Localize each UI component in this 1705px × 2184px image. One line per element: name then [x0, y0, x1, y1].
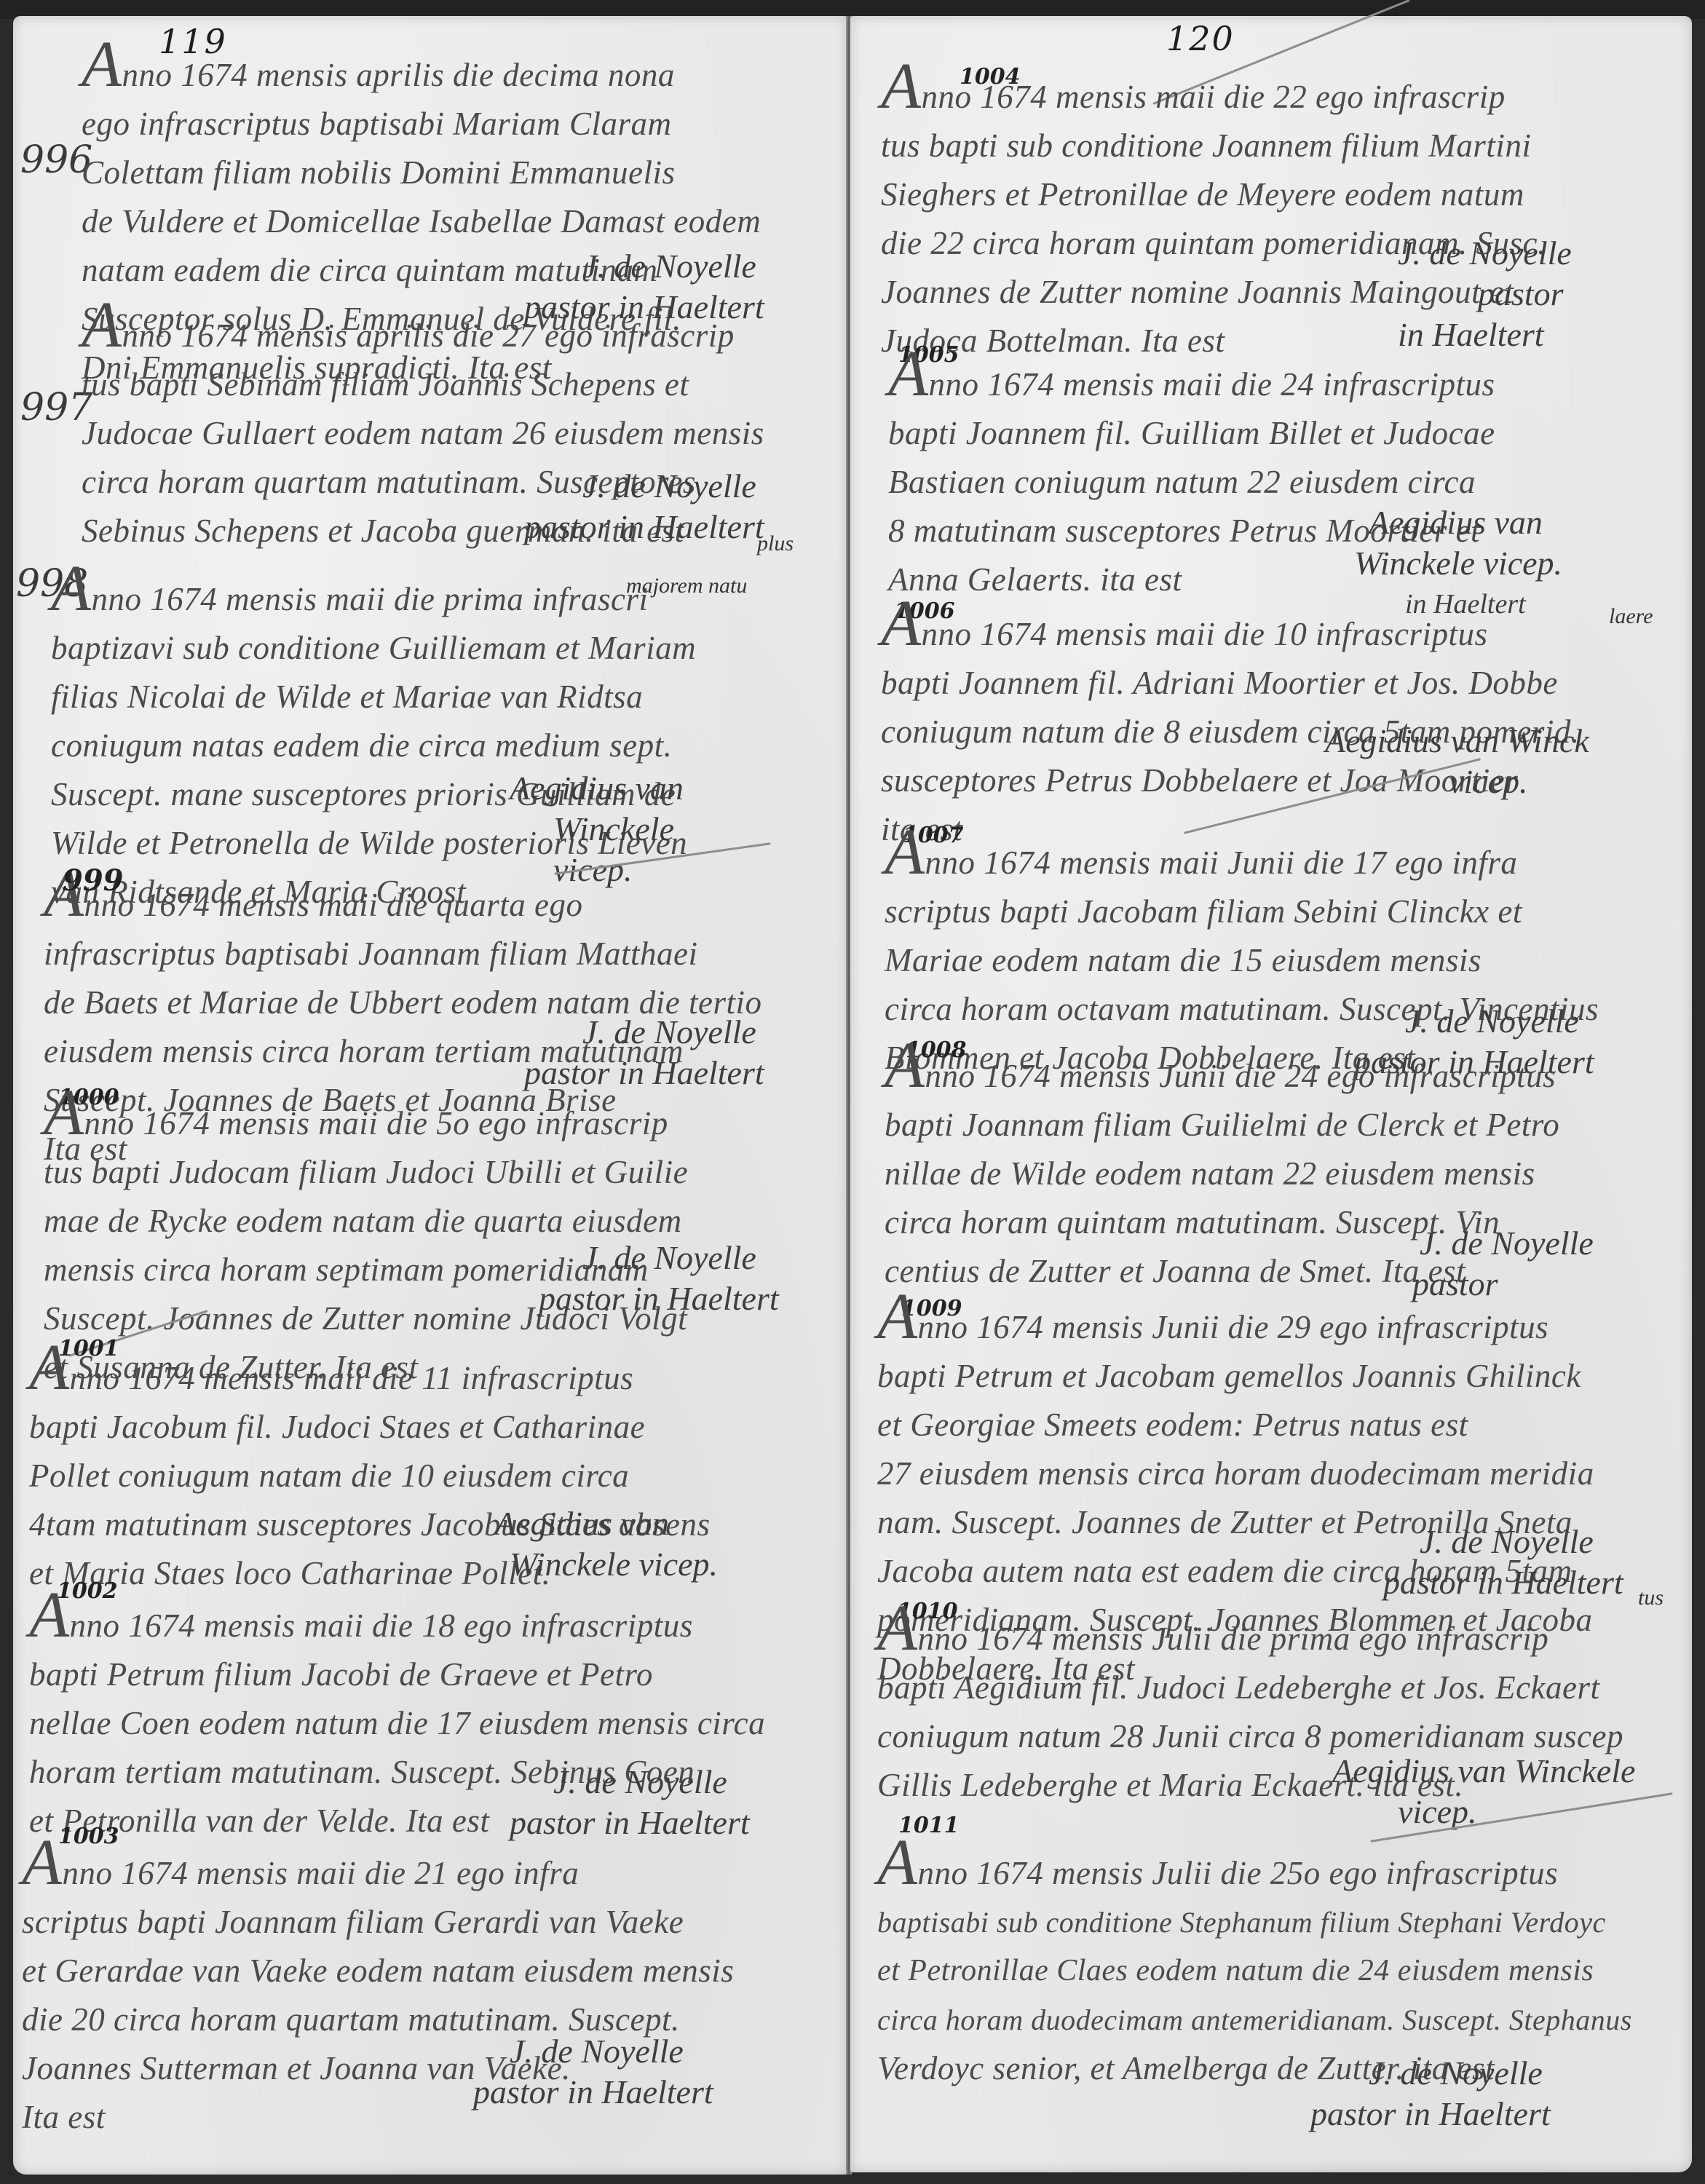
signature-title: pastor	[1412, 1264, 1594, 1305]
entry-line: circa horam duodecimam antemeridianam. S…	[877, 1995, 1632, 2044]
entry-line: Anno 1674 mensis aprilis die 27 ego infr…	[82, 312, 764, 360]
entry-line: bapti Joannem fil. Adriani Moortier et J…	[881, 659, 1580, 708]
signature: J. de Noyelle pastor in Haeltert	[524, 466, 764, 547]
entry-line: baptisabi sub conditione Stephanum filiu…	[877, 1898, 1632, 1947]
entry-line: bapti Joannam filiam Guilielmi de Clerck…	[885, 1101, 1559, 1150]
signature-name: Winckele vicep.	[1354, 543, 1562, 584]
entry-line: nillae de Wilde eodem natam 22 eiusdem m…	[885, 1150, 1559, 1198]
entry-line: bapti Joannem fil. Guilliam Billet et Ju…	[888, 409, 1495, 458]
entry-line: Bastiaen coniugum natum 22 eiusdem circa	[888, 458, 1495, 507]
entry-line: Anno 1674 mensis maii die 22 ego infrasc…	[881, 73, 1546, 122]
signature-name: J. de Noyelle	[582, 1238, 779, 1278]
signature-title: vicep.	[1449, 761, 1589, 802]
signature-name: J. de Noyelle	[1420, 1522, 1623, 1562]
entry-line: Anno 1674 mensis maii die 21 ego infra	[22, 1849, 734, 1898]
entry-line: Anno 1674 mensis maii die quarta ego	[44, 881, 762, 930]
entry-line: scriptus bapti Jacobam filiam Sebini Cli…	[885, 887, 1599, 936]
entry-line: Anno 1674 mensis Junii die 29 ego infras…	[877, 1303, 1594, 1352]
entry-line: Colettam filiam nobilis Domini Emmanueli…	[82, 149, 761, 197]
signature-title: pastor in Haeltert	[510, 1803, 750, 1843]
entry-line: Anno 1674 mensis maii die 18 ego infrasc…	[29, 1602, 765, 1650]
interlinear-note: laere	[1609, 604, 1653, 629]
signature: Aegidius van Winckele vicep.	[1332, 1751, 1635, 1832]
entry-line: Anno 1674 mensis Julii die 25o ego infra…	[877, 1849, 1632, 1898]
signature-title: pastor in Haeltert	[473, 2072, 713, 2113]
entry-line: Mariae eodem natam die 15 eiusdem mensis	[885, 936, 1599, 985]
entry-line: nellae Coen eodem natum die 17 eiusdem m…	[29, 1699, 765, 1748]
signature-place: in Haeltert	[1398, 314, 1572, 355]
page-number-right: 120	[1166, 19, 1235, 58]
signature-name: J. de Noyelle	[1398, 233, 1572, 274]
signature-name: Winckele	[553, 809, 684, 850]
signature-name: J. de Noyelle	[582, 246, 764, 287]
signature: Aegidius van Winckele vicep.	[466, 1503, 718, 1585]
signature-name: J. de Noyelle	[1369, 2053, 1551, 2094]
signature: J. de Noyelle pastor in Haeltert	[1310, 2053, 1551, 2134]
margin-annotation: tus	[1638, 1586, 1664, 1610]
entry-line: Anno 1674 mensis maii die prima infrascr…	[51, 575, 696, 624]
entry-line: tus bapti sub conditione Joannem filium …	[881, 122, 1546, 170]
entry-number: 1003	[58, 1824, 119, 1849]
signature-title: vicep.	[1398, 1792, 1635, 1832]
signature-title: pastor in Haeltert	[1310, 2094, 1551, 2134]
signature-name: J. de Noyelle	[1405, 1001, 1594, 1042]
entry-line: ego infrascriptus baptisabi Mariam Clara…	[82, 100, 761, 149]
entry-line: 27 eiusdem mensis circa horam duodecimam…	[877, 1449, 1594, 1498]
signature-name: Aegidius van	[495, 1503, 718, 1544]
entry-line: scriptus bapti Joannam filiam Gerardi va…	[22, 1898, 734, 1947]
entry-line: Anno 1674 mensis Junii die 24 ego infras…	[885, 1052, 1559, 1101]
signature-title: pastor in Haeltert	[539, 1278, 779, 1319]
entry-line: et Petronillae Claes eodem natum die 24 …	[877, 1947, 1632, 1995]
signature-name: J. de Noyelle	[553, 1762, 750, 1803]
entry-line: et Gerardae van Vaeke eodem natam eiusde…	[22, 1947, 734, 1995]
entry-line: bapti Petrum et Jacobam gemellos Joannis…	[877, 1352, 1594, 1401]
signature-name: Aegidius van	[510, 768, 684, 809]
signature: J. de Noyelle pastor in Haeltert	[539, 1238, 779, 1319]
signature-title: Winckele vicep.	[510, 1544, 718, 1585]
entry-line: Sieghers et Petronillae de Meyere eodem …	[881, 170, 1546, 219]
signature-title: pastor in Haeltert	[1383, 1562, 1623, 1603]
entry-line: Anno 1674 mensis maii die 10 infrascript…	[881, 610, 1580, 659]
entry-line: Pollet coniugum natam die 10 eiusdem cir…	[29, 1452, 711, 1500]
signature: Aegidius van Winck vicep.	[1325, 721, 1589, 802]
signature: J. de Noyelle pastor in Haeltert	[524, 1012, 764, 1093]
entry-line: tus bapti Judocam filiam Judoci Ubilli e…	[44, 1148, 688, 1197]
entry-line: filias Nicolai de Wilde et Mariae van Ri…	[51, 673, 696, 721]
signature: J. de Noyelle pastor in Haeltert	[1354, 233, 1572, 355]
signature: Aegidius van Winckele vicep. in Haeltert	[1354, 502, 1562, 625]
entry-line: bapti Petrum filium Jacobi de Graeve et …	[29, 1650, 765, 1699]
signature-name: J. de Noyelle	[582, 466, 764, 507]
entry-line: Judocae Gullaert eodem natam 26 eiusdem …	[82, 409, 764, 458]
signature: J. de Noyelle pastor	[1369, 1223, 1594, 1305]
entry-line: Anno 1674 mensis maii die 11 infrascript…	[29, 1354, 711, 1403]
entry-line: coniugum natas eadem die circa medium se…	[51, 721, 696, 770]
signature-title: pastor in Haeltert	[524, 1053, 764, 1093]
margin-annotation: plus	[757, 531, 794, 556]
signature-title: pastor in Haeltert	[524, 507, 764, 547]
signature: J. de Noyelle pastor in Haeltert	[510, 1762, 750, 1843]
entry-line: baptizavi sub conditione Guilliemam et M…	[51, 624, 696, 673]
entry-line: infrascriptus baptisabi Joannam filiam M…	[44, 930, 762, 978]
entry-line: bapti Aegidium fil. Judoci Ledeberghe et…	[877, 1663, 1623, 1712]
entry-number: 999	[63, 863, 124, 898]
entry-line: de Vuldere et Domicellae Isabellae Damas…	[82, 197, 761, 246]
signature-name: Aegidius van Winckele	[1332, 1751, 1635, 1792]
signature-name: Aegidius van	[1369, 502, 1562, 543]
signature-name: J. de Noyelle	[582, 1012, 764, 1053]
signature: Aegidius van Winckele vicep.	[510, 768, 684, 890]
entry-line: Anno 1674 mensis maii die 24 infrascript…	[888, 360, 1495, 409]
entry-line: Anno 1674 mensis maii Junii die 17 ego i…	[885, 839, 1599, 887]
signature-title: pastor	[1478, 274, 1572, 314]
entry-line: Anno 1674 mensis maii die 5o ego infrasc…	[44, 1099, 688, 1148]
entry-line: bapti Jacobum fil. Judoci Staes et Catha…	[29, 1403, 711, 1452]
signature: J. de Noyelle pastor in Haeltert	[1383, 1522, 1623, 1603]
signature-name: J. de Noyelle	[510, 2031, 713, 2072]
signature-name: Aegidius van Winck	[1325, 721, 1589, 761]
entry-line: et Georgiae Smeets eodem: Petrus natus e…	[877, 1401, 1594, 1449]
signature: J. de Noyelle pastor in Haeltert	[451, 2031, 713, 2113]
signature-name: J. de Noyelle	[1420, 1223, 1594, 1264]
entry-line: tus bapti Sebinam filiam Joannis Schepen…	[82, 360, 764, 409]
entry-line: Anno 1674 mensis Julii die prima ego inf…	[877, 1615, 1623, 1663]
entry-line: Anno 1674 mensis aprilis die decima nona	[82, 51, 761, 100]
